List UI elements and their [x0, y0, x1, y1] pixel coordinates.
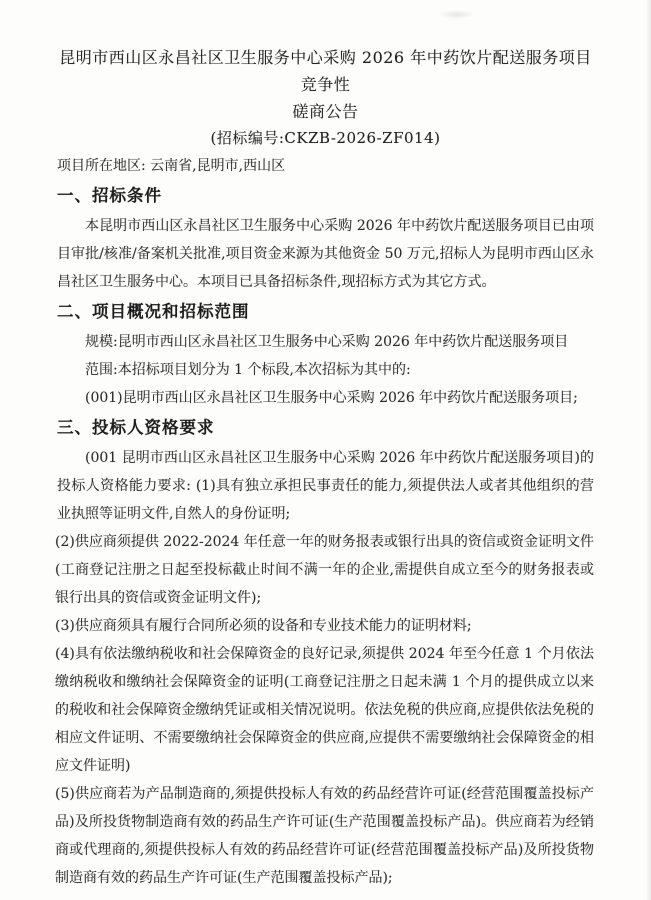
paragraph: (4)具有依法缴纳税收和社会保障资金的良好记录,须提供 2024 年至今任意 1…	[55, 640, 594, 780]
section-bidding-conditions: 一、招标条件 本昆明市西山区永昌社区卫生服务中心采购 2026 年中药饮片配送服…	[57, 182, 594, 296]
project-location: 项目所在地区: 云南省,昆明市,西山区	[57, 152, 594, 180]
section-heading-2: 二、项目概况和招标范围	[57, 298, 594, 326]
paragraph: (5)供应商若为产品制造商的,须提供投标人有效的药品经营许可证(经营范围覆盖投标…	[55, 780, 594, 892]
paragraph: (3)供应商须具有履行合同所必须的设备和专业技术能力的证明材料;	[55, 612, 594, 640]
section-heading-1: 一、招标条件	[57, 182, 594, 210]
document-title-line-1: 昆明市西山区永昌社区卫生服务中心采购 2026 年中药饮片配送服务项目竞争性	[57, 44, 594, 98]
scan-edge-shadow	[646, 0, 651, 900]
paragraph: 范围:本招标项目划分为 1 个标段,本次招标为其中的:	[57, 356, 594, 384]
tender-number: (招标编号:CKZB-2026-ZF014)	[57, 125, 594, 152]
document-title-line-2: 磋商公告	[57, 98, 594, 125]
paragraph: (001 昆明市西山区永昌社区卫生服务中心采购 2026 年中药饮片配送服务项目…	[57, 444, 594, 528]
paragraph: (001)昆明市西山区永昌社区卫生服务中心采购 2026 年中药饮片配送服务项目…	[57, 384, 594, 412]
paragraph: 规模:昆明市西山区永昌社区卫生服务中心采购 2026 年中药饮片配送服务项目	[57, 328, 594, 356]
section-bidder-qualifications: 三、投标人资格要求 (001 昆明市西山区永昌社区卫生服务中心采购 2026 年…	[57, 414, 594, 892]
document-title: 昆明市西山区永昌社区卫生服务中心采购 2026 年中药饮片配送服务项目竞争性 磋…	[57, 44, 594, 125]
paragraph: (2)供应商须提供 2022-2024 年任意一年的财务报表或银行出具的资信或资…	[55, 528, 594, 612]
section-project-overview: 二、项目概况和招标范围 规模:昆明市西山区永昌社区卫生服务中心采购 2026 年…	[57, 298, 594, 412]
document-page: 昆明市西山区永昌社区卫生服务中心采购 2026 年中药饮片配送服务项目竞争性 磋…	[0, 0, 651, 900]
section-heading-3: 三、投标人资格要求	[57, 414, 594, 442]
paragraph: 本昆明市西山区永昌社区卫生服务中心采购 2026 年中药饮片配送服务项目已由项目…	[57, 212, 594, 296]
tender-announcement-document: 昆明市西山区永昌社区卫生服务中心采购 2026 年中药饮片配送服务项目竞争性 磋…	[0, 0, 651, 894]
